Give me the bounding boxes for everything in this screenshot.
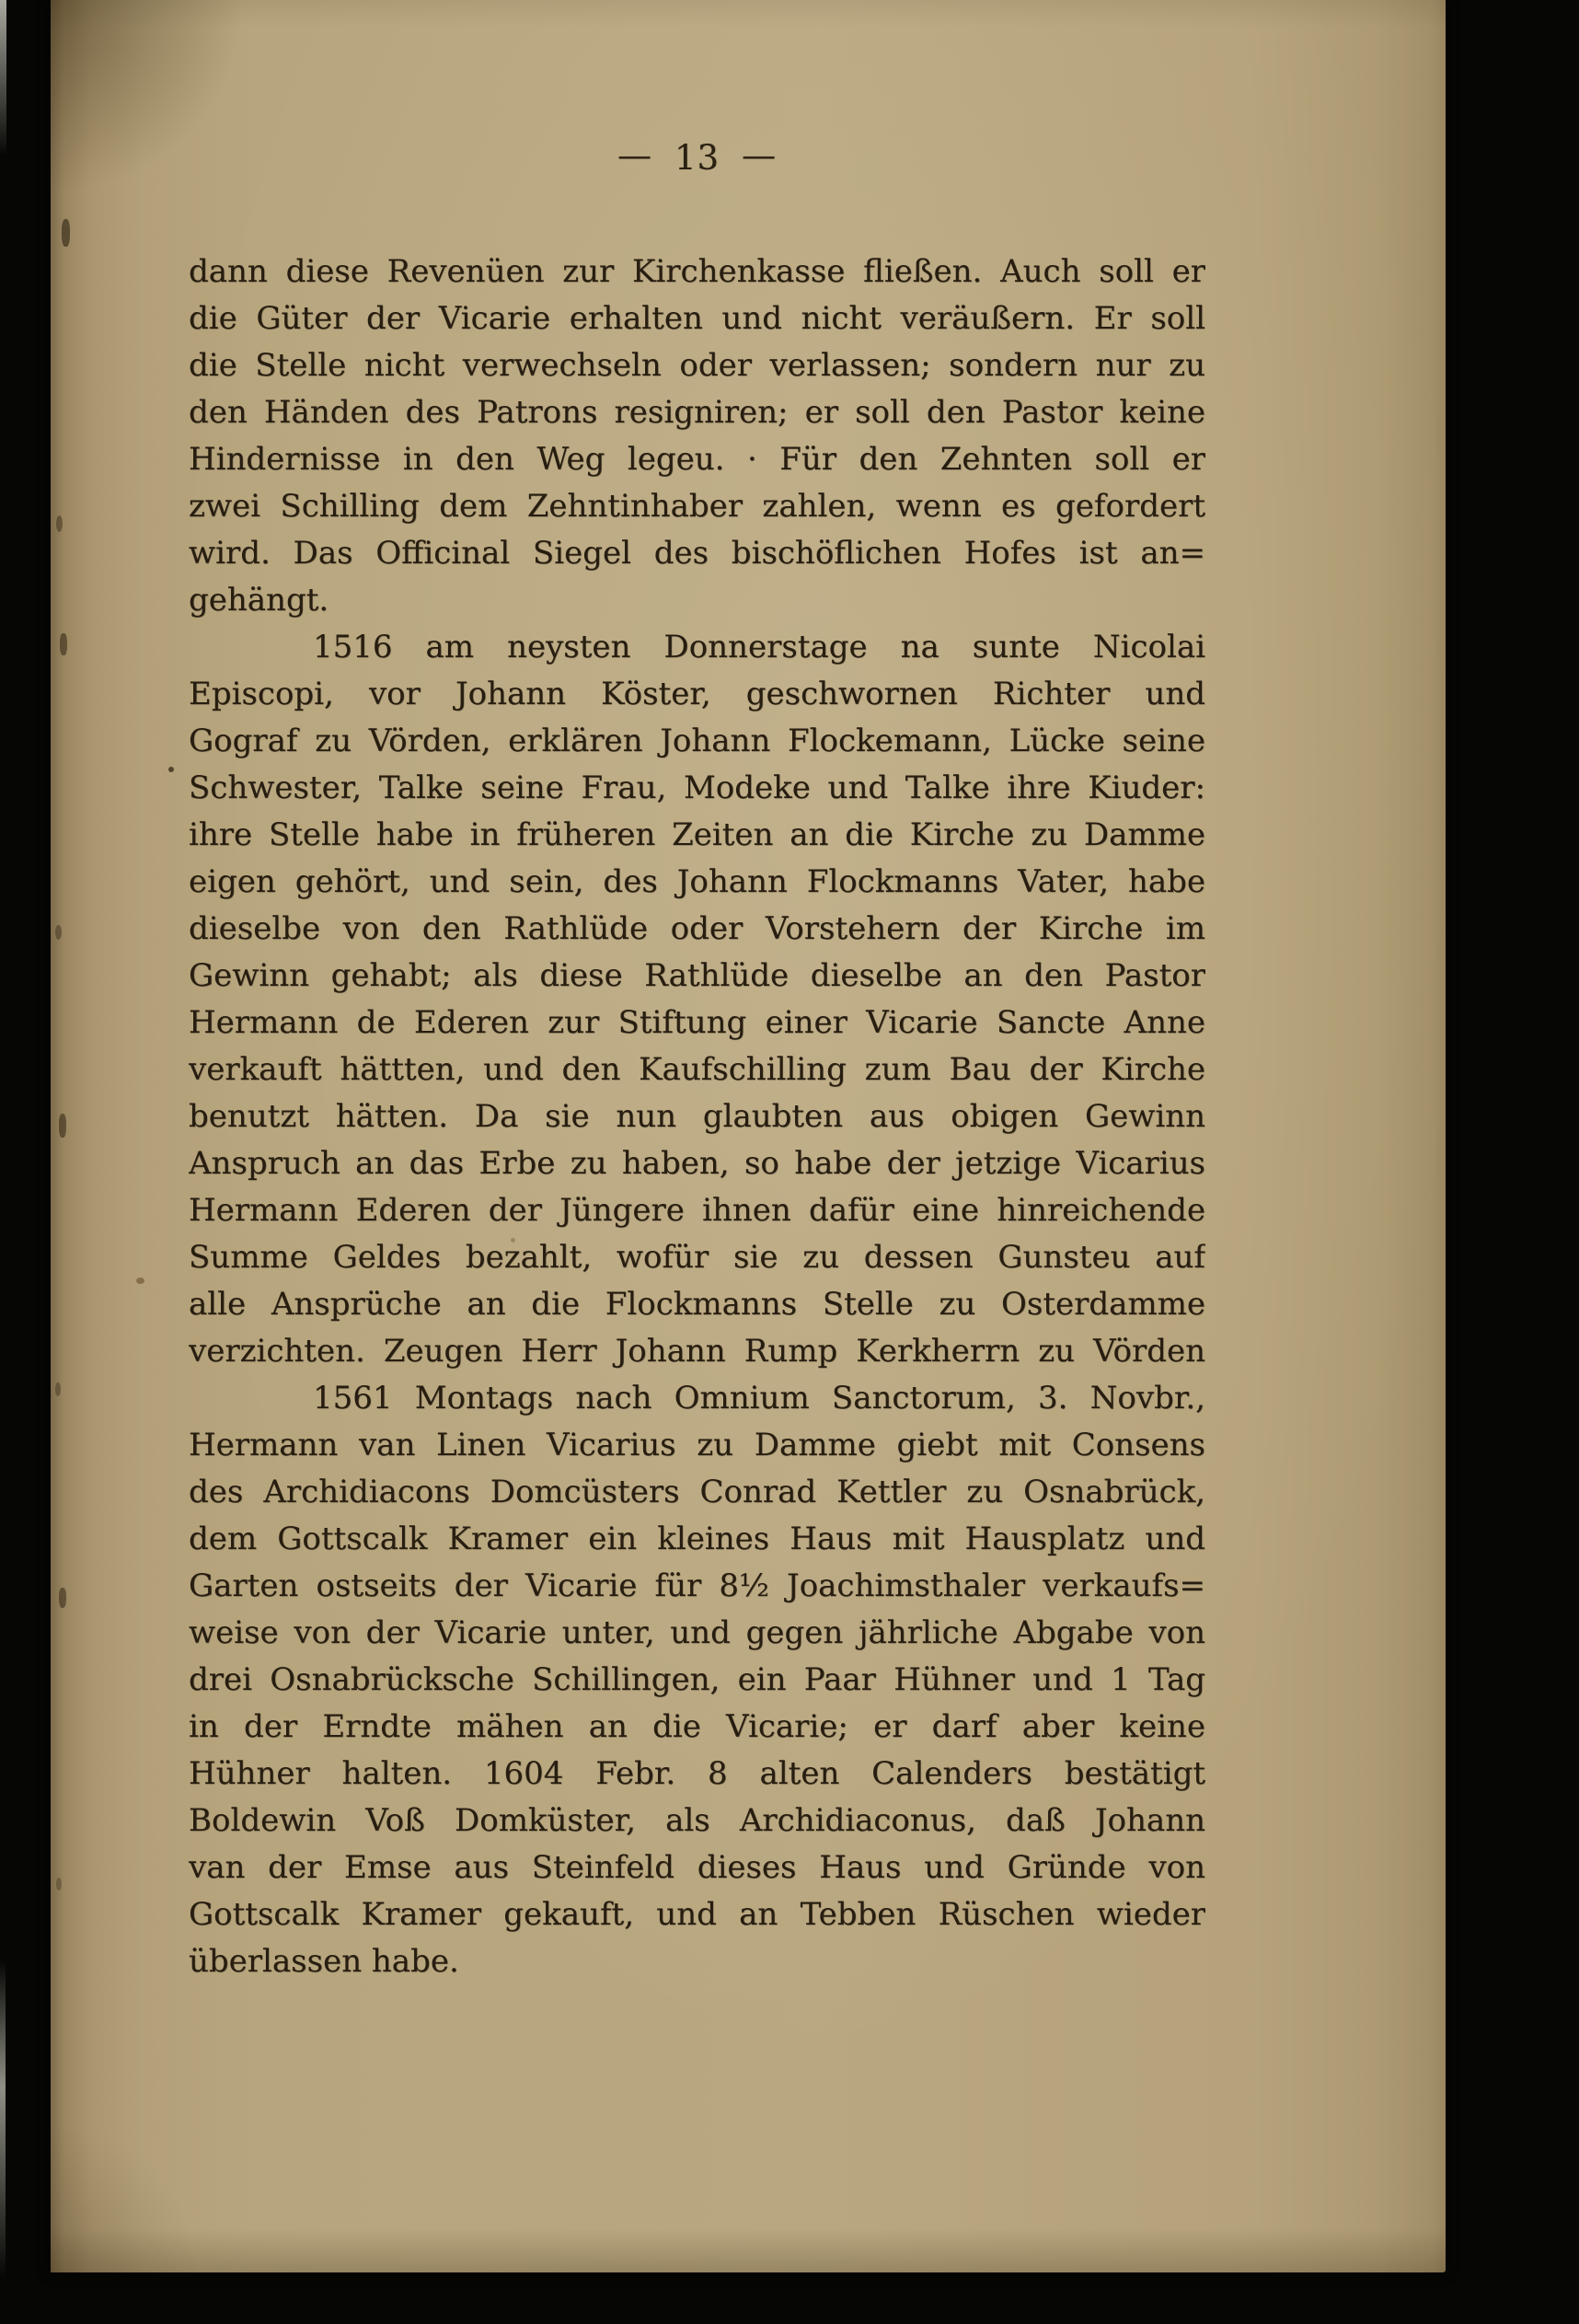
text-line: Hermann de Ederen zur Stiftung einer Vic… [189,1000,1205,1046]
page-number-dash-right: — [742,135,777,175]
scan-background: —13— dann diese Revenüen zur Kirchenkass… [0,0,1579,2324]
page-number-header: —13— [189,138,1205,182]
text-line: des Archidiacons Domcüsters Conrad Kettl… [189,1469,1205,1516]
text-line: Summe Geldes bezahlt, wofür sie zu desse… [189,1234,1205,1281]
paper-speck [136,1278,144,1284]
text-line: Hühner halten. 1604 Febr. 8 alten Calend… [189,1751,1205,1798]
text-line: den Händen des Patrons resigniren; er so… [189,389,1205,436]
page-number-dash-left: — [617,135,652,175]
page-number: 13 [674,138,720,178]
binding-mark [56,1878,62,1890]
text-line: dem Gottscalk Kramer ein kleines Haus mi… [189,1516,1205,1563]
book-page: —13— dann diese Revenüen zur Kirchenkass… [51,0,1446,2272]
text-line: die Güter der Vicarie erhalten und nicht… [189,295,1205,342]
text-line: Boldewin Voß Domküster, als Archidiaconu… [189,1798,1205,1844]
text-line: zwei Schilling dem Zehntinhaber zahlen, … [189,483,1205,530]
paragraph: 1516 am neysten Donnerstage na sunte Nic… [189,624,1205,1375]
binding-mark [62,219,70,247]
binding-mark [56,515,63,532]
text-line: Gewinn gehabt; als diese Rathlüde diesel… [189,953,1205,1000]
text-line: dann diese Revenüen zur Kirchenkasse fli… [189,249,1205,295]
text-line: benutzt hätten. Da sie nun glaubten aus … [189,1093,1205,1140]
text-line: Gottscalk Kramer gekauft, und an Tebben … [189,1891,1205,1938]
binding-mark [59,1588,66,1608]
text-line: alle Ansprüche an die Flockmanns Stelle … [189,1281,1205,1328]
text-line: Episcopi, vor Johann Köster, geschwornen… [189,671,1205,718]
text-line: weise von der Vicarie unter, und gegen j… [189,1610,1205,1657]
scanner-edge-light-bottom [0,1960,6,2278]
text-line: verkauft hättten, und den Kaufschilling … [189,1046,1205,1093]
text-line: in der Erndte mähen an die Vicarie; er d… [189,1704,1205,1751]
text-line: Hermann van Linen Vicarius zu Damme gieb… [189,1422,1205,1469]
text-line: verzichten. Zeugen Herr Johann Rump Kerk… [189,1328,1205,1375]
text-line: Hermann Ederen der Jüngere ihnen dafür e… [189,1187,1205,1234]
text-line: Gograf zu Vörden, erklären Johann Flocke… [189,718,1205,765]
text-line: gehängt. [189,577,1205,624]
text-line: die Stelle nicht verwechseln oder verlas… [189,342,1205,389]
text-line: dieselbe von den Rathlüde oder Vorsteher… [189,906,1205,953]
text-line: van der Emse aus Steinfeld dieses Haus u… [189,1844,1205,1891]
text-line: überlassen habe. [189,1938,1205,1985]
text-line: Schwester, Talke seine Frau, Modeke und … [189,765,1205,812]
paragraph: dann diese Revenüen zur Kirchenkasse fli… [189,249,1205,624]
text-line: Anspruch an das Erbe zu haben, so habe d… [189,1140,1205,1187]
paragraph: 1561 Montags nach Omnium Sanctorum, 3. N… [189,1375,1205,1985]
text-line: drei Osnabrücksche Schillingen, ein Paar… [189,1657,1205,1704]
text-line: 1516 am neysten Donnerstage na sunte Nic… [189,624,1205,671]
binding-mark [55,1382,61,1396]
text-line: wird. Das Officinal Siegel des bischöfli… [189,530,1205,577]
binding-mark [60,633,67,655]
binding-mark [59,1114,66,1138]
text-line: 1561 Montags nach Omnium Sanctorum, 3. N… [189,1375,1205,1422]
text-line: Garten ostseits der Vicarie für 8½ Joach… [189,1563,1205,1610]
binding-mark [55,925,62,940]
paper-speck [168,767,174,772]
text-block: dann diese Revenüen zur Kirchenkasse fli… [189,249,1205,1985]
scanner-edge-light-top [0,0,6,156]
text-line: eigen gehört, und sein, des Johann Flock… [189,859,1205,906]
text-line: ihre Stelle habe in früheren Zeiten an d… [189,812,1205,859]
text-line: Hindernisse in den Weg legeu. · Für den … [189,436,1205,483]
